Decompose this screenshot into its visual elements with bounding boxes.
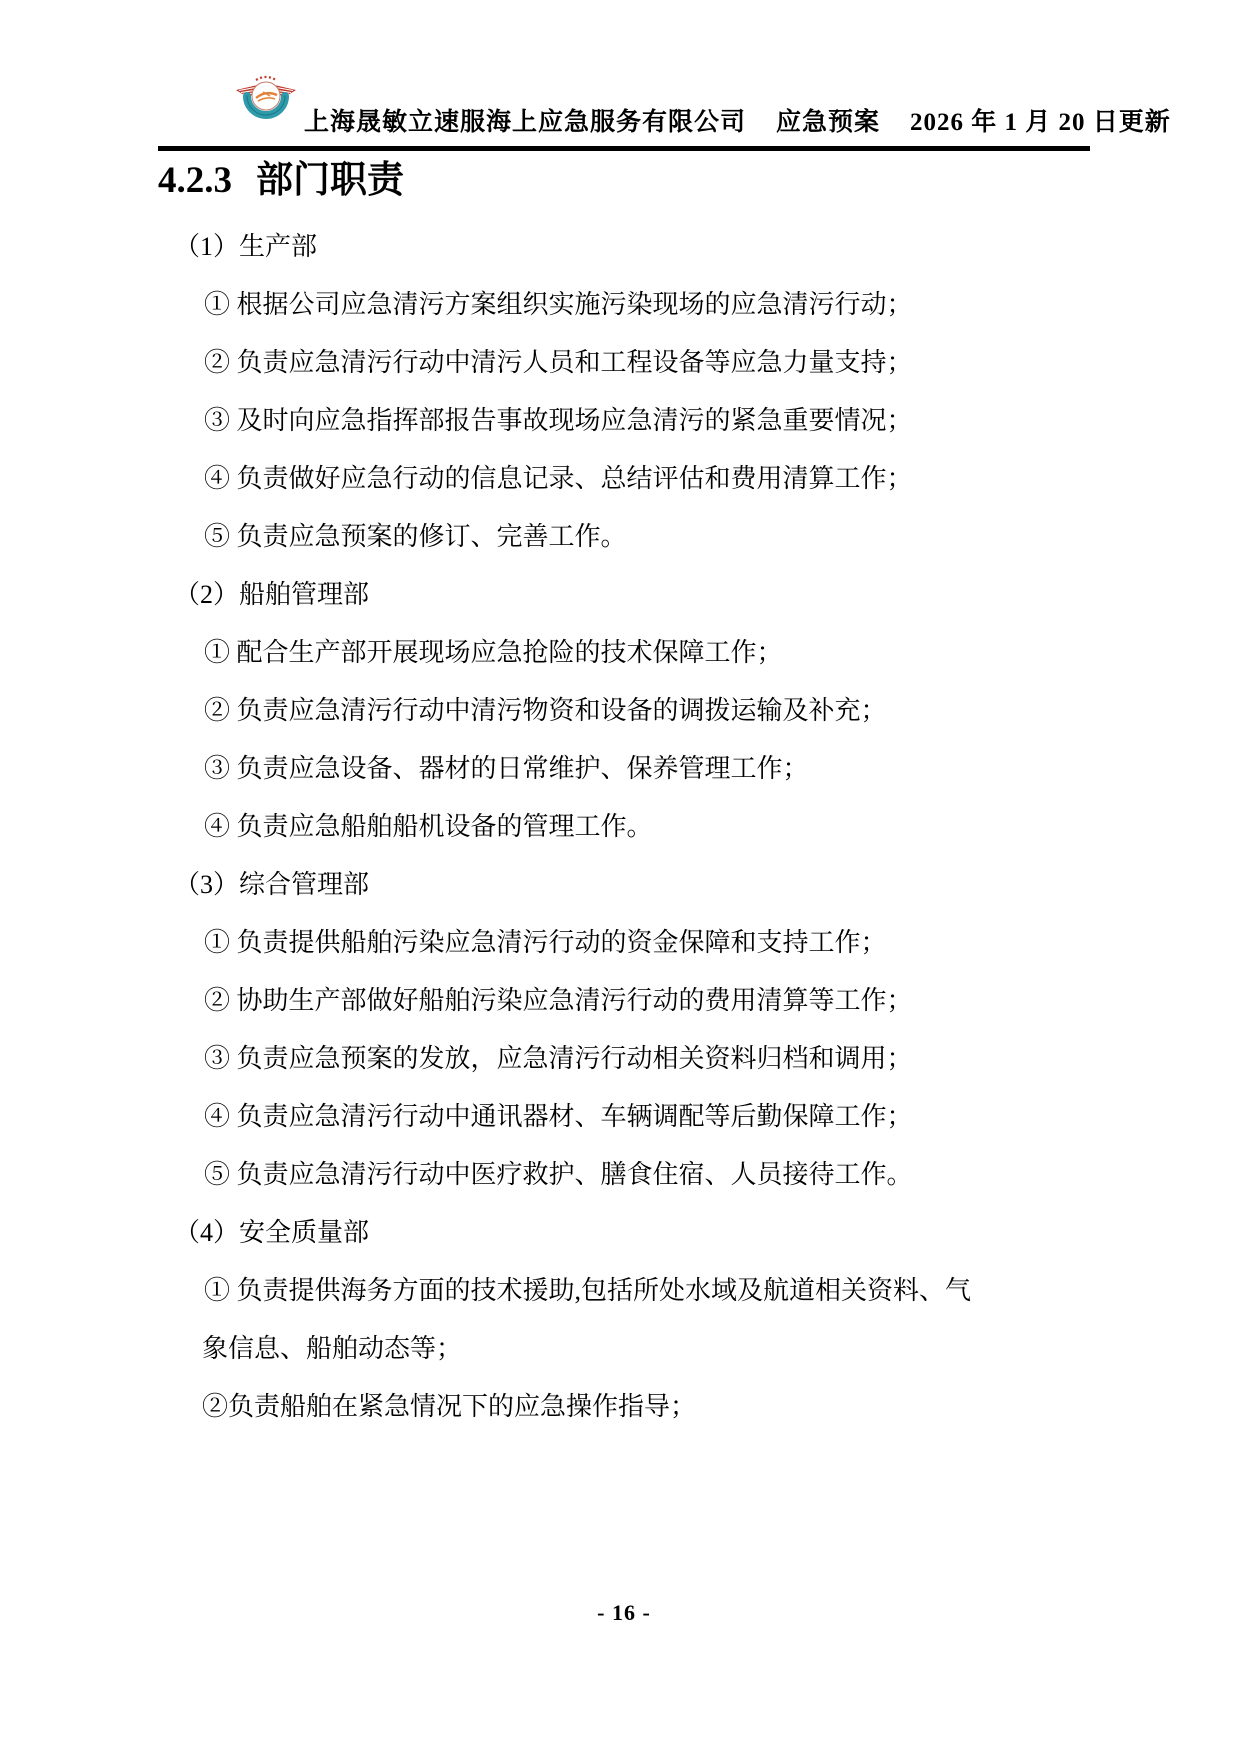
paragraph: ① 负责提供海务方面的技术援助,包括所处水域及航道相关资料、气 bbox=[158, 1262, 1090, 1320]
paragraph: ② 负责应急清污行动中清污人员和工程设备等应急力量支持； bbox=[158, 334, 1090, 392]
paragraph: 象信息、船舶动态等； bbox=[158, 1320, 1090, 1378]
section-heading: 4.2.3 部门职责 bbox=[158, 156, 1090, 206]
section-title: 部门职责 bbox=[256, 156, 404, 206]
paragraph: （4）安全质量部 bbox=[158, 1204, 1090, 1262]
paragraph: ④ 负责做好应急行动的信息记录、总结评估和费用清算工作； bbox=[158, 450, 1090, 508]
paragraph: ③ 及时向应急指挥部报告事故现场应急清污的紧急重要情况； bbox=[158, 392, 1090, 450]
paragraph: ③ 负责应急设备、器材的日常维护、保养管理工作； bbox=[158, 740, 1090, 798]
header-title-row: 上海晟敏立速服海上应急服务有限公司 应急预案 2026 年 1 月 20 日更新 bbox=[304, 102, 1171, 138]
paragraph: ① 负责提供船舶污染应急清污行动的资金保障和支持工作； bbox=[158, 914, 1090, 972]
page-content: 上海晟敏立速服海上应急服务有限公司 应急预案 2026 年 1 月 20 日更新… bbox=[158, 0, 1090, 1436]
paragraph: ⑤ 负责应急清污行动中医疗救护、膳食住宿、人员接待工作。 bbox=[158, 1146, 1090, 1204]
section-number: 4.2.3 bbox=[158, 156, 232, 206]
paragraph: ④ 负责应急清污行动中通讯器材、车辆调配等后勤保障工作； bbox=[158, 1088, 1090, 1146]
paragraph: ② 负责应急清污行动中清污物资和设备的调拨运输及补充； bbox=[158, 682, 1090, 740]
page-footer: - 16 - bbox=[158, 1600, 1090, 1626]
document-page: 上海晟敏立速服海上应急服务有限公司 应急预案 2026 年 1 月 20 日更新… bbox=[0, 0, 1241, 1754]
paragraph: ④ 负责应急船舶船机设备的管理工作。 bbox=[158, 798, 1090, 856]
page-number: - 16 - bbox=[597, 1600, 651, 1625]
page-header: 上海晟敏立速服海上应急服务有限公司 应急预案 2026 年 1 月 20 日更新 bbox=[158, 0, 1090, 151]
paragraph: ② 协助生产部做好船舶污染应急清污行动的费用清算等工作； bbox=[158, 972, 1090, 1030]
paragraph: ③ 负责应急预案的发放，应急清污行动相关资料归档和调用； bbox=[158, 1030, 1090, 1088]
paragraph: ⑤ 负责应急预案的修订、完善工作。 bbox=[158, 508, 1090, 566]
paragraph: （1）生产部 bbox=[158, 218, 1090, 276]
document-body: （1）生产部① 根据公司应急清污方案组织实施污染现场的应急清污行动；② 负责应急… bbox=[158, 218, 1090, 1436]
paragraph: （2）船舶管理部 bbox=[158, 566, 1090, 624]
paragraph: ②负责船舶在紧急情况下的应急操作指导； bbox=[158, 1378, 1090, 1436]
header-updated-date: 2026 年 1 月 20 日更新 bbox=[910, 102, 1171, 138]
header-company-name: 上海晟敏立速服海上应急服务有限公司 bbox=[304, 102, 746, 138]
paragraph: ① 根据公司应急清污方案组织实施污染现场的应急清污行动； bbox=[158, 276, 1090, 334]
header-doc-type: 应急预案 bbox=[776, 102, 880, 138]
paragraph: ① 配合生产部开展现场应急抢险的技术保障工作； bbox=[158, 624, 1090, 682]
paragraph: （3）综合管理部 bbox=[158, 856, 1090, 914]
company-logo-icon bbox=[234, 72, 298, 140]
